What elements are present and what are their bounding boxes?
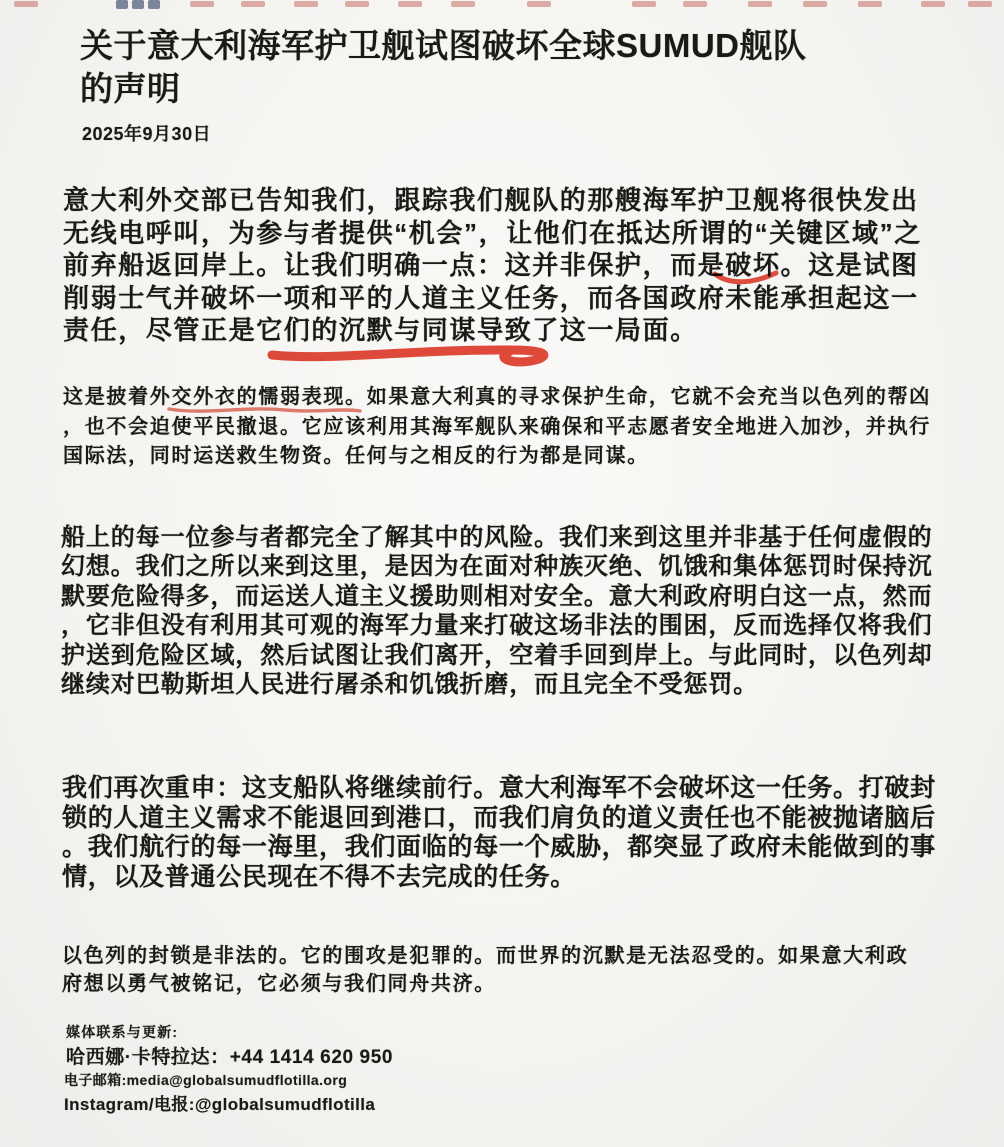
cropped-text-fragment [190,1,214,7]
cropped-text-fragment [116,0,128,9]
cropped-text-fragment [345,1,369,7]
paragraph-blockade-illegal: 以色列的封锁是非法的。它的围攻是犯罪的。而世界的沉默是无法忍受的。如果意大利政 … [62,943,908,998]
paragraph-navy-warning: 意大利外交部已告知我们，跟踪我们舰队的那艘海军护卫舰将很快发出 无线电呼叫，为参… [63,184,922,347]
cropped-text-fragment [921,1,945,7]
paragraph-mission-continues: 我们再次重申：这支船队将继续前行。意大利海军不会破坏这一任务。打破封 锁的人道主… [62,774,936,892]
statement-title: 关于意大利海军护卫舰试图破坏全球SUMUD舰队 的声明 [80,24,960,110]
cropped-text-fragment [132,0,144,9]
cropped-text-fragment [527,1,551,7]
media-contact-phone: 哈西娜·卡特拉达：+44 1414 620 950 [66,1042,393,1069]
cropped-text-fragment [748,1,772,7]
cropped-text-fragment [294,1,318,7]
cropped-top-row [0,0,1004,11]
cropped-text-fragment [148,0,160,9]
cropped-text-fragment [451,1,475,7]
cropped-text-fragment [968,1,992,7]
cropped-text-fragment [858,1,882,7]
media-contact-social: Instagram/电报:@globalsumudflotilla [64,1090,375,1115]
statement-date: 2025年9月30日 [82,120,211,146]
media-contact-email: 电子邮箱:media@globalsumudflotilla.org [64,1070,347,1090]
media-contact-heading: 媒体联系与更新: [66,1022,178,1042]
cropped-text-fragment [803,1,827,7]
statement-document: 关于意大利海军护卫舰试图破坏全球SUMUD舰队 的声明 2025年9月30日 意… [0,0,1004,1147]
cropped-text-fragment [632,1,656,7]
paragraph-cowardice-diplomacy: 这是披着外交外衣的懦弱表现。如果意大利真的寻求保护生命，它就不会充当以色列的帮凶… [63,383,931,472]
cropped-text-fragment [241,1,265,7]
cropped-text-fragment [398,1,422,7]
cropped-text-fragment [683,1,707,7]
paragraph-participants-risk: 船上的每一位参与者都完全了解其中的风险。我们来到这里并非基于任何虚假的 幻想。我… [61,523,933,699]
cropped-text-fragment [14,1,38,7]
